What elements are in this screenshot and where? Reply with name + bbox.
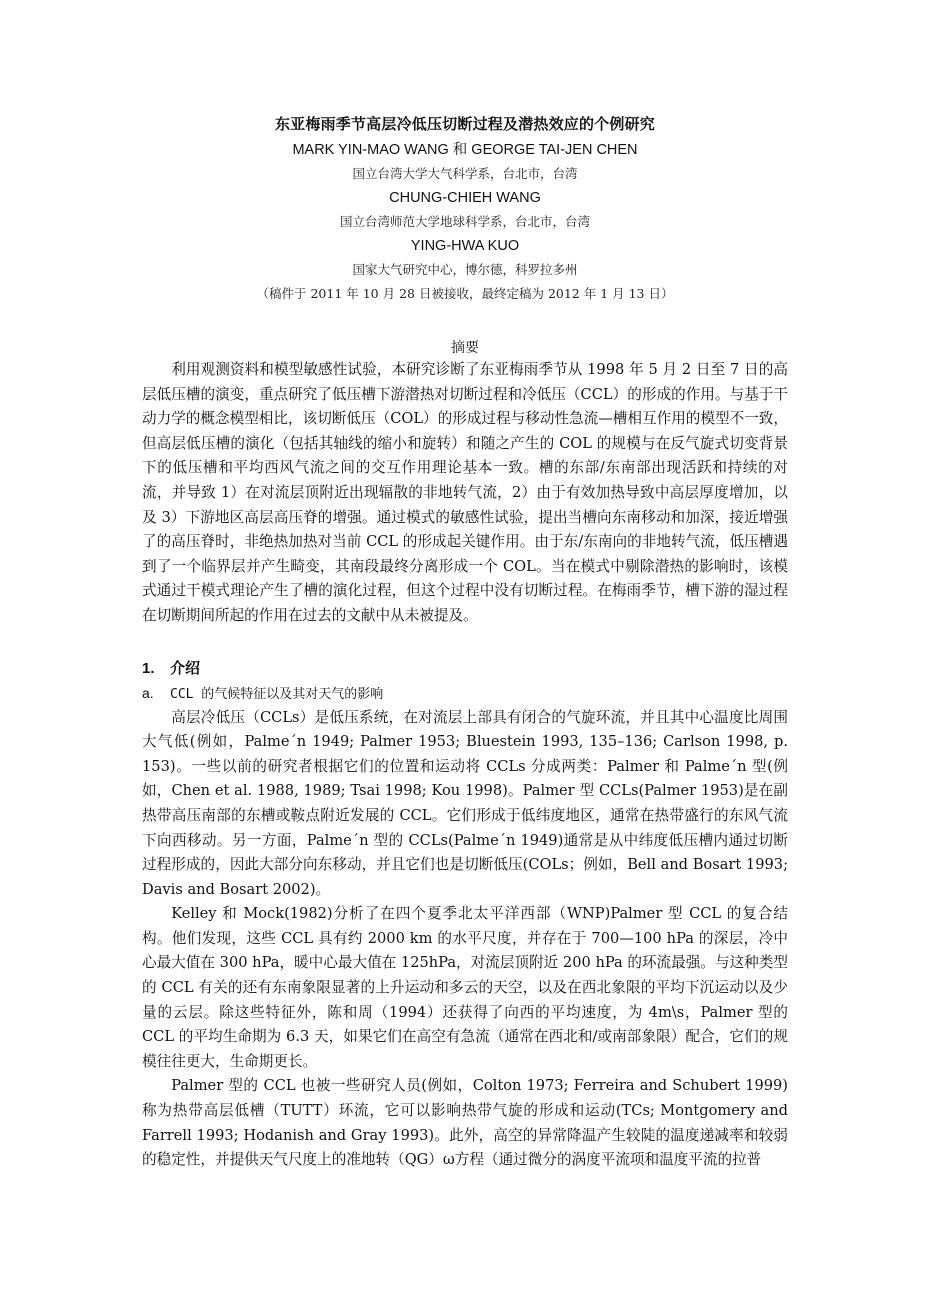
body-paragraph-2: Kelley 和 Mock(1982)分析了在四个夏季北太平洋西部（WNP)Pa… bbox=[142, 902, 788, 1074]
affiliation-1: 国立台湾大学大气科学系，台北市，台湾 bbox=[142, 162, 788, 186]
abstract-text: 利用观测资料和模型敏感性试验，本研究诊断了东亚梅雨季节从 1998 年 5 月 … bbox=[142, 358, 788, 629]
affiliation-2: 国立台湾师范大学地球科学系，台北市，台湾 bbox=[142, 210, 788, 234]
abstract-heading: 摘要 bbox=[142, 336, 788, 358]
subsection-heading-a: a.CCL 的气候特征以及其对天气的影响 bbox=[142, 681, 788, 706]
body-paragraph-3: Palmer 型的 CCL 也被一些研究人员(例如，Colton 1973; F… bbox=[142, 1074, 788, 1172]
paper-title: 东亚梅雨季节高层冷低压切断过程及潜热效应的个例研究 bbox=[142, 113, 788, 138]
received-dates: （稿件于 2011 年 10 月 28 日被接收，最终定稿为 2012 年 1 … bbox=[142, 282, 788, 306]
body-paragraph-1: 高层冷低压（CCLs）是低压系统，在对流层上部具有闭合的气旋环流，并且其中心温度… bbox=[142, 706, 788, 903]
subsection-title: CCL 的气候特征以及其对天气的影响 bbox=[170, 687, 383, 702]
section-title: 介绍 bbox=[170, 660, 200, 677]
paper-page: 东亚梅雨季节高层冷低压切断过程及潜热效应的个例研究 MARK YIN-MAO W… bbox=[142, 113, 788, 1173]
authors-line-3: YING-HWA KUO bbox=[142, 234, 788, 258]
subsection-number: a. bbox=[142, 681, 170, 705]
authors-line-2: CHUNG-CHIEH WANG bbox=[142, 186, 788, 210]
authors-line-1: MARK YIN-MAO WANG 和 GEORGE TAI-JEN CHEN bbox=[142, 138, 788, 162]
section-number: 1. bbox=[142, 657, 170, 681]
section-heading-introduction: 1.介绍 bbox=[142, 657, 788, 681]
affiliation-3: 国家大气研究中心，博尔德，科罗拉多州 bbox=[142, 258, 788, 282]
